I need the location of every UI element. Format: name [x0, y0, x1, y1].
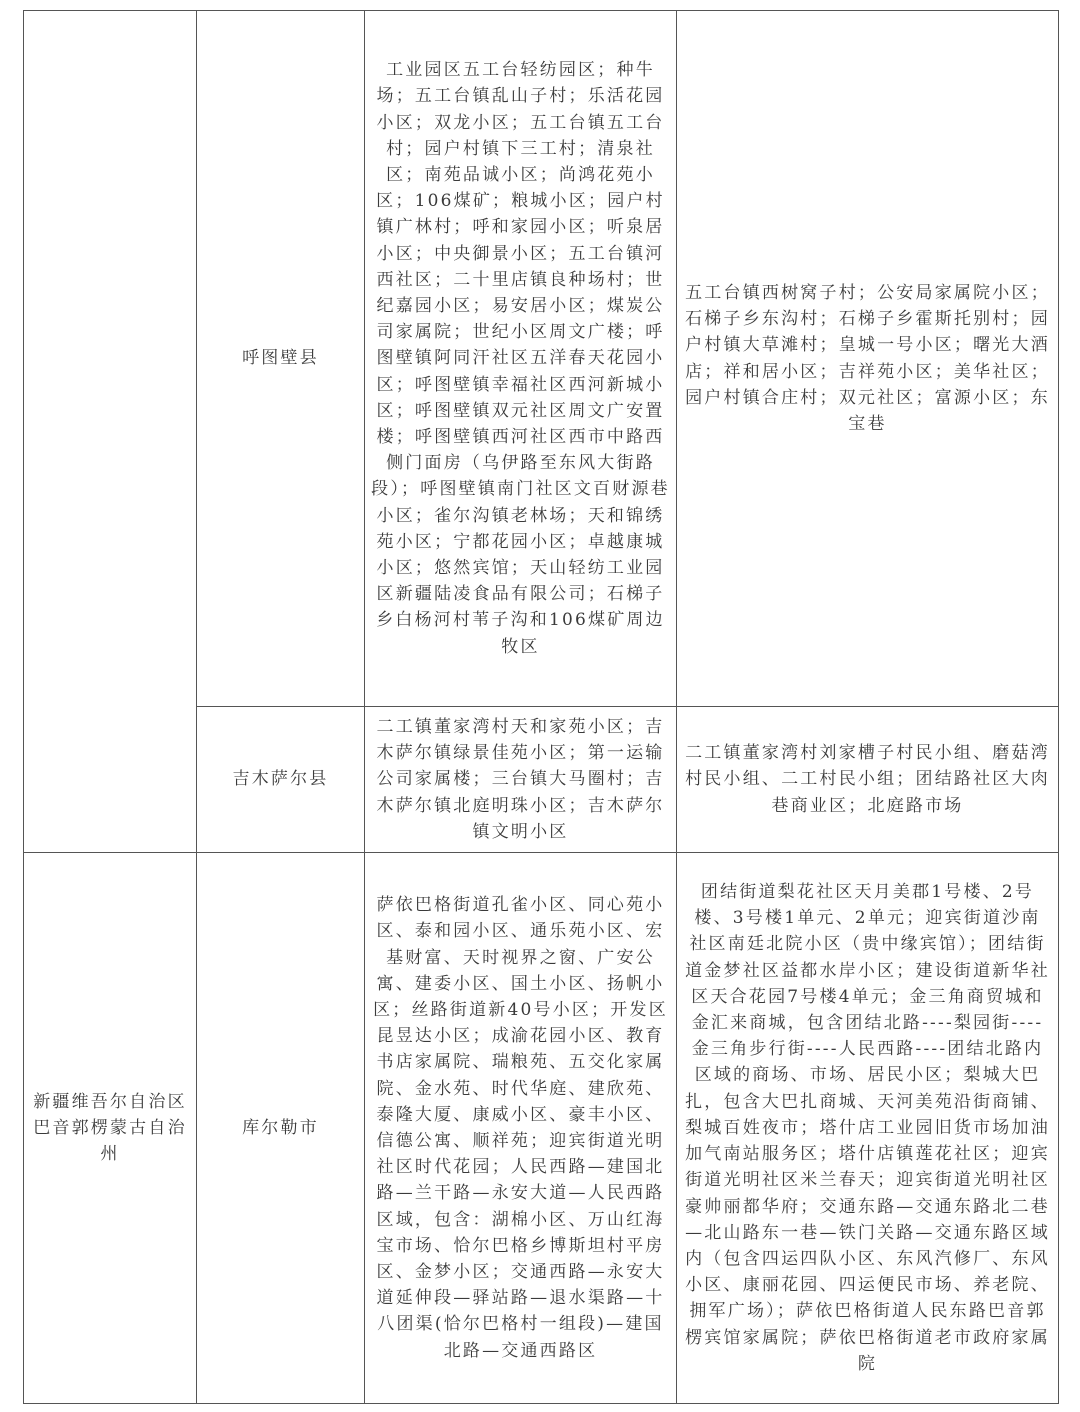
low-risk-areas-cell: 五工台镇西树窝子村；公安局家属院小区；石梯子乡东沟村；石梯子乡霍斯托别村；园户村… [677, 11, 1059, 707]
county-name: 吉木萨尔县 [197, 766, 364, 792]
region-cell-continued [24, 11, 197, 853]
county-cell: 库尔勒市 [197, 853, 365, 1404]
low-risk-areas-text: 五工台镇西树窝子村；公安局家属院小区；石梯子乡东沟村；石梯子乡霍斯托别村；园户村… [685, 280, 1050, 437]
low-risk-areas-text: 团结街道梨花社区天月美郡1号楼、2号楼、3号楼1单元、2单元；迎宾街道沙南社区南… [685, 879, 1050, 1377]
risk-area-table: 呼图壁县 工业园区五工台轻纺园区；种牛场；五工台镇乱山子村；乐活花园小区；双龙小… [23, 10, 1059, 1404]
medium-risk-areas-cell: 萨依巴格街道孔雀小区、同心苑小区、泰和园小区、通乐苑小区、宏基财富、天时视界之窗… [365, 853, 677, 1404]
low-risk-areas-cell: 二工镇董家湾村刘家槽子村民小组、磨菇湾村民小组、二工村民小组；团结路社区大肉巷商… [677, 707, 1059, 853]
region-cell: 新疆维吾尔自治区巴音郭楞蒙古自治州 [24, 853, 197, 1404]
county-name: 库尔勒市 [197, 1115, 364, 1141]
table-row-hutubi: 呼图壁县 工业园区五工台轻纺园区；种牛场；五工台镇乱山子村；乐活花园小区；双龙小… [24, 11, 1059, 707]
medium-risk-areas-text: 工业园区五工台轻纺园区；种牛场；五工台镇乱山子村；乐活花园小区；双龙小区；五工台… [371, 57, 670, 660]
county-cell: 呼图壁县 [197, 11, 365, 707]
region-name: 新疆维吾尔自治区巴音郭楞蒙古自治州 [30, 1089, 190, 1168]
medium-risk-areas-cell: 二工镇董家湾村天和家苑小区；吉木萨尔镇绿景佳苑小区；第一运输公司家属楼；三台镇大… [365, 707, 677, 853]
county-cell: 吉木萨尔县 [197, 707, 365, 853]
medium-risk-areas-text: 萨依巴格街道孔雀小区、同心苑小区、泰和园小区、通乐苑小区、宏基财富、天时视界之窗… [371, 892, 670, 1364]
medium-risk-areas-text: 二工镇董家湾村天和家苑小区；吉木萨尔镇绿景佳苑小区；第一运输公司家属楼；三台镇大… [371, 714, 670, 845]
medium-risk-areas-cell: 工业园区五工台轻纺园区；种牛场；五工台镇乱山子村；乐活花园小区；双龙小区；五工台… [365, 11, 677, 707]
low-risk-areas-cell: 团结街道梨花社区天月美郡1号楼、2号楼、3号楼1单元、2单元；迎宾街道沙南社区南… [677, 853, 1059, 1404]
low-risk-areas-text: 二工镇董家湾村刘家槽子村民小组、磨菇湾村民小组、二工村民小组；团结路社区大肉巷商… [685, 740, 1050, 819]
county-name: 呼图壁县 [197, 345, 364, 371]
table-row-korla: 新疆维吾尔自治区巴音郭楞蒙古自治州 库尔勒市 萨依巴格街道孔雀小区、同心苑小区、… [24, 853, 1059, 1404]
